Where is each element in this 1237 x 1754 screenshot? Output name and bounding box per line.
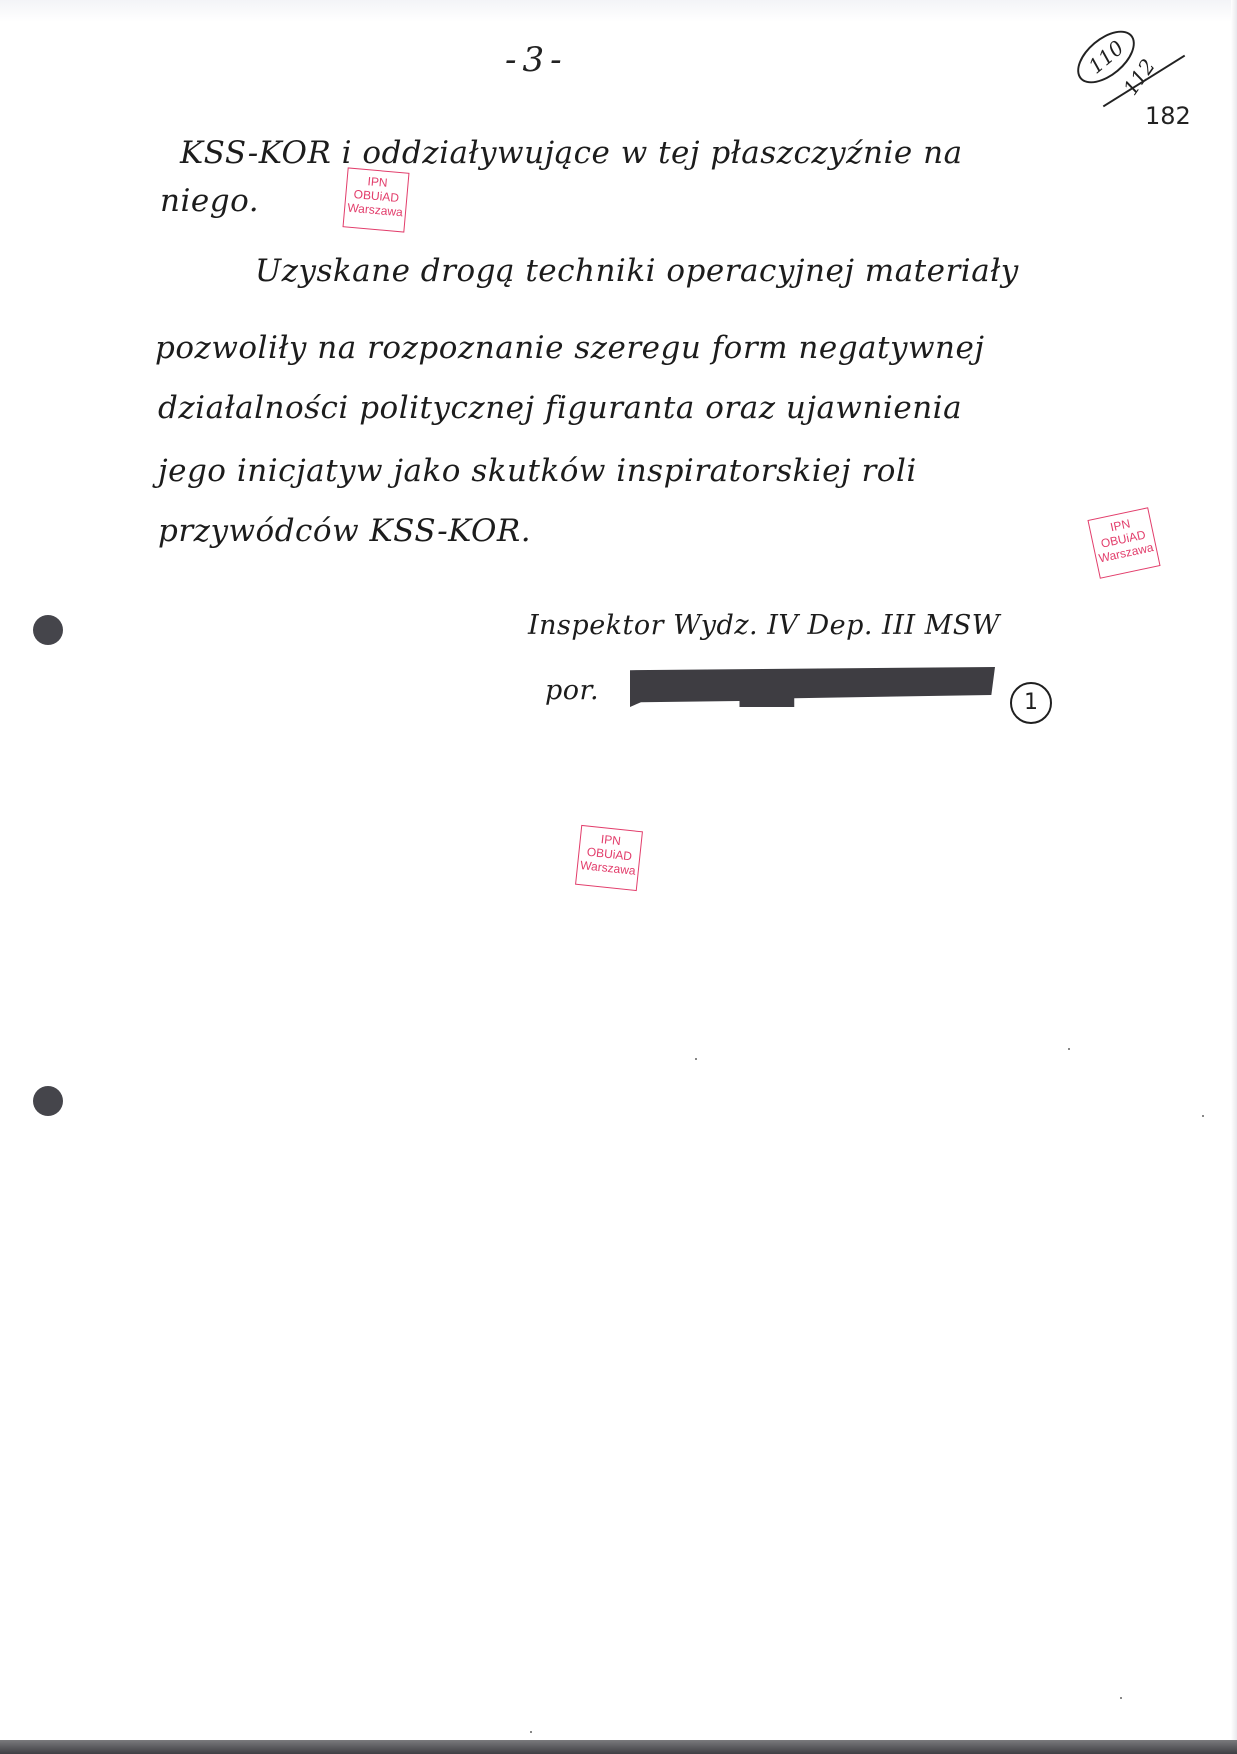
punch-hole [33, 615, 63, 645]
body-line-5: działalności politycznej figuranta oraz … [158, 390, 962, 426]
body-line-3: Uzyskane drogą techniki operacyjnej mate… [255, 253, 1019, 289]
archive-number-current: 182 [1145, 102, 1191, 130]
body-line-2: niego. [160, 183, 259, 219]
signature-rank: por. [545, 675, 599, 706]
page-number: -3- [505, 40, 568, 80]
circled-annotation: 1 [1010, 682, 1052, 724]
archive-stamp: IPN OBUiAD Warszawa [1087, 507, 1160, 579]
body-line-1: KSS-KOR i oddziaływujące w tej płaszczyź… [180, 135, 963, 171]
scan-speck [1068, 1048, 1070, 1050]
signature-title: Inspektor Wydz. IV Dep. III MSW [528, 610, 1000, 641]
archive-page-numbering: 110 112 182 [1070, 30, 1200, 130]
archive-stamp: IPN OBUiAD Warszawa [343, 167, 410, 232]
body-line-7: przywódców KSS-KOR. [158, 513, 531, 549]
scan-edge-right [1231, 0, 1237, 1740]
scan-edge-bottom [0, 1740, 1237, 1754]
scan-speck [1120, 1697, 1122, 1699]
redaction-bar [630, 667, 995, 707]
scan-speck [1202, 1115, 1204, 1117]
punch-hole [33, 1086, 63, 1116]
scan-speck [695, 1058, 697, 1060]
body-line-4: pozwoliły na rozpoznanie szeregu form ne… [155, 330, 984, 366]
archive-stamp: IPN OBUiAD Warszawa [575, 825, 643, 891]
scan-speck [530, 1731, 532, 1733]
scan-edge-top [0, 0, 1237, 22]
body-line-6: jego inicjatyw jako skutków inspiratorsk… [158, 453, 917, 489]
